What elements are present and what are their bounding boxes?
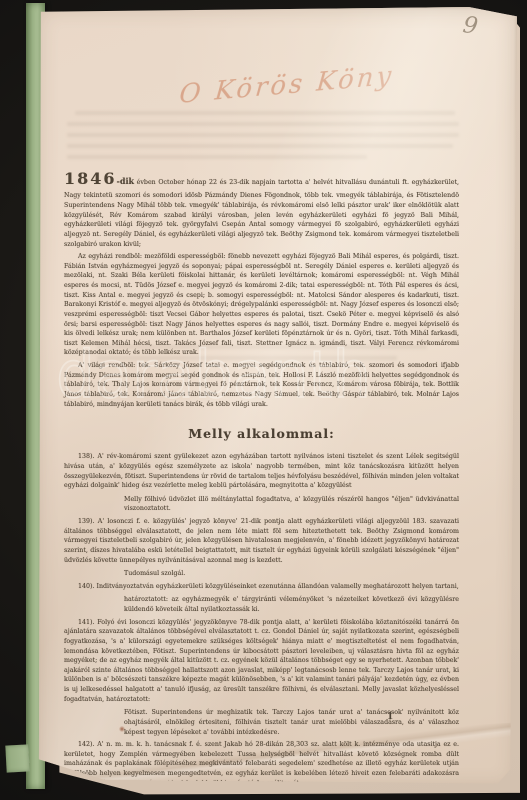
- paragraph-138: 138). A' rév-komáromi szent gyülekezet a…: [64, 452, 459, 491]
- paragraph-140: 140). Inditványoztatván egyházkerületi k…: [64, 582, 459, 592]
- show-through-line: [67, 144, 453, 148]
- laity-roll-paragraph: A' világi rendböl: tek. Sárközy József t…: [64, 361, 459, 409]
- photo-background: 9 O Körös Köny 1846-dik évben October hó…: [0, 0, 527, 800]
- paragraph-138-resolution: Melly fölhivó üdvözlet illö méltánylatta…: [124, 495, 459, 514]
- show-through-line: [75, 111, 455, 115]
- paragraph-140-resolution: határoztatott: az egyházmegyék e' tárgyi…: [124, 595, 459, 614]
- year-suffix: -dik: [117, 176, 135, 186]
- document-page: 9 O Körös Köny 1846-dik évben October hó…: [37, 7, 517, 789]
- section-heading: Melly alkalommal:: [64, 424, 459, 443]
- ink-stain: [119, 726, 125, 732]
- paragraph-141-resolution: Fötiszt. Superintendens úr meghizatik te…: [124, 708, 459, 737]
- paragraph-139: 139). A' losonczi f. e. közgyülés' jegyz…: [64, 517, 459, 565]
- page-number: 1: [387, 712, 393, 722]
- red-ink-inscription: O Körös Köny: [178, 58, 420, 109]
- paragraph-141: 141). Folyó évi losonczi közgyülés' jegy…: [64, 618, 459, 705]
- paragraph-139-resolution: Tudomásul szolgál.: [124, 569, 459, 579]
- intro-paragraph: 1846-dik évben October hónap 22 és 23-di…: [64, 167, 459, 249]
- book-spine-tab: [5, 744, 29, 772]
- clergy-roll-paragraph: Az egyházi rendböl: mezöföldi esperesség…: [64, 252, 459, 358]
- show-through-line: [67, 122, 459, 126]
- document-year: 1846: [64, 169, 117, 188]
- show-through-line: [67, 155, 367, 159]
- minutes-text-block: 1846-dik évben October hónap 22 és 23-di…: [64, 167, 459, 788]
- handwritten-page-number: 9: [461, 12, 480, 40]
- show-through-line: [67, 133, 459, 137]
- intro-text: évben October hónap 22 és 23-dik napjain…: [64, 179, 459, 248]
